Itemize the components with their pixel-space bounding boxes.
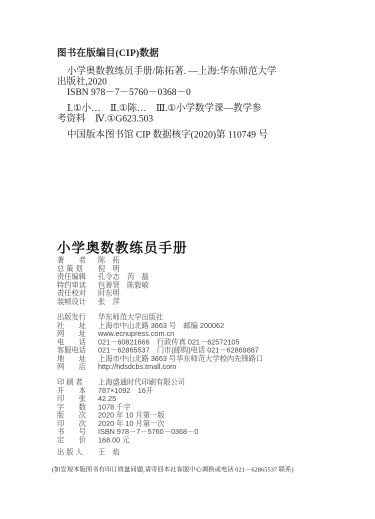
cip-class-line-1: Ⅰ.①小… Ⅱ.①陈… Ⅲ.①小学数学课—教学参 xyxy=(57,103,331,114)
credit-label: 责任编辑 xyxy=(57,273,98,281)
printing-label: 印 张 xyxy=(57,395,98,403)
credit-row: 著 者 陈 拓 xyxy=(57,257,149,265)
printing-value: 168.00 元 xyxy=(98,436,129,444)
printing-row: 印 次 2020 年 10 月第一次 xyxy=(57,420,198,428)
copyright-page: 图书在版编目(CIP)数据 小学奥数教练员手册/陈拓著. —上海:华东师范大学 … xyxy=(0,0,375,519)
printing-label: 书 号 xyxy=(57,428,98,436)
publishing-value: 上海市中山北路 3663 号 邮编 200062 xyxy=(98,322,224,330)
printing-label: 印 刷 者 xyxy=(57,379,98,387)
credit-value: 陈 拓 xyxy=(98,257,120,265)
publishing-value: 021－60821666 行政传真 021－62572105 xyxy=(98,338,239,346)
publishing-value: 华东师范大学出版社 xyxy=(98,314,163,322)
cip-section: 图书在版编目(CIP)数据 小学奥数教练员手册/陈拓著. —上海:华东师范大学 … xyxy=(57,48,331,140)
cip-class-line-2: 考资料 Ⅳ.①G623.503 xyxy=(57,114,331,125)
publishing-label: 社 址 xyxy=(57,322,98,330)
credit-value: 张 萍 xyxy=(98,298,120,306)
printing-label: 版 次 xyxy=(57,412,98,420)
publishing-label: 网 店 xyxy=(57,363,98,371)
credit-value: 倪 明 xyxy=(98,265,120,273)
publishing-value: www.ecnupress.com.cn xyxy=(98,330,174,338)
printing-section: 印 刷 者 上海盛通时代印刷有限公司 开 本 787×1092 16开 印 张 … xyxy=(57,379,198,445)
publishing-row: 电 话 021－60821666 行政传真 021－62572105 xyxy=(57,338,263,346)
printing-row: 印 刷 者 上海盛通时代印刷有限公司 xyxy=(57,379,198,387)
credit-value: 孔令志 芮 磊 xyxy=(98,273,149,281)
publishing-row: 社 址 上海市中山北路 3663 号 邮编 200062 xyxy=(57,322,263,330)
publisher-section: 出 版 人 王 焰 xyxy=(57,449,120,457)
credit-row: 特约审读 包善贤 陈毅敏 xyxy=(57,281,149,289)
credit-label: 总 策 划 xyxy=(57,265,98,273)
credit-value: 包善贤 陈毅敏 xyxy=(98,281,149,289)
credit-value: 时东明 xyxy=(98,290,120,298)
credit-label: 著 者 xyxy=(57,257,98,265)
cip-title-line-1: 小学奥数教练员手册/陈拓著. —上海:华东师范大学 xyxy=(57,66,331,77)
publishing-row: 客服电话 021－62865537 门市(邮购)电话 021－62869887 xyxy=(57,347,263,355)
publishing-row: 地 址 上海市中山北路 3663 号华东师范大学校内先锋路口 xyxy=(57,355,263,363)
printing-row: 字 数 1078 千字 xyxy=(57,403,198,411)
printing-value: 上海盛通时代印刷有限公司 xyxy=(98,379,185,387)
printing-row: 书 号 ISBN 978－7－5760－0368－0 xyxy=(57,428,198,436)
publishing-label: 电 话 xyxy=(57,338,98,346)
cip-header: 图书在版编目(CIP)数据 xyxy=(57,48,331,59)
publisher-value: 王 焰 xyxy=(98,449,120,457)
publishing-label: 网 址 xyxy=(57,330,98,338)
quality-notice: (如发现本版图书有印订质量问题,请寄回本社客服中心调换或电话 021－62865… xyxy=(52,465,294,474)
printing-row: 印 张 42.25 xyxy=(57,395,198,403)
printing-value: 787×1092 16开 xyxy=(98,387,153,395)
publishing-label: 客服电话 xyxy=(57,347,98,355)
credit-row: 总 策 划 倪 明 xyxy=(57,265,149,273)
printing-row: 开 本 787×1092 16开 xyxy=(57,387,198,395)
publishing-label: 出版发行 xyxy=(57,314,98,322)
credit-label: 特约审读 xyxy=(57,281,98,289)
credit-label: 装帧设计 xyxy=(57,298,98,306)
publishing-label: 地 址 xyxy=(57,355,98,363)
credit-row: 装帧设计 张 萍 xyxy=(57,298,149,306)
cip-isbn-line: ISBN 978－7－5760－0368－0 xyxy=(57,87,331,98)
credit-label: 责任校对 xyxy=(57,290,98,298)
cip-record-line: 中国版本图书馆 CIP 数据核字(2020)第 110749 号 xyxy=(57,130,331,141)
credit-row: 责任校对 时东明 xyxy=(57,290,149,298)
printing-value: 2020 年 10 月第一版 xyxy=(98,412,164,420)
printing-label: 字 数 xyxy=(57,403,98,411)
publishing-section: 出版发行 华东师范大学出版社 社 址 上海市中山北路 3663 号 邮编 200… xyxy=(57,314,263,372)
printing-label: 开 本 xyxy=(57,387,98,395)
printing-label: 印 次 xyxy=(57,420,98,428)
printing-value: 2020 年 10 月第一次 xyxy=(98,420,164,428)
printing-value: ISBN 978－7－5760－0368－0 xyxy=(98,428,198,436)
publishing-row: 出版发行 华东师范大学出版社 xyxy=(57,314,263,322)
credits-section: 著 者 陈 拓 总 策 划 倪 明 责任编辑 孔令志 芮 磊 特约审读 包善贤 … xyxy=(57,257,149,307)
printing-value: 1078 千字 xyxy=(98,403,131,411)
credit-row: 责任编辑 孔令志 芮 磊 xyxy=(57,273,149,281)
publishing-value: 上海市中山北路 3663 号华东师范大学校内先锋路口 xyxy=(98,355,263,363)
publishing-row: 网 址 www.ecnupress.com.cn xyxy=(57,330,263,338)
cip-title-line-2: 出版社,2020 xyxy=(57,77,331,88)
publishing-row: 网 店 http://hdsdcbs.tmall.com xyxy=(57,363,263,371)
printing-row: 版 次 2020 年 10 月第一版 xyxy=(57,412,198,420)
publisher-row: 出 版 人 王 焰 xyxy=(57,449,120,457)
printing-row: 定 价 168.00 元 xyxy=(57,436,198,444)
publishing-value: http://hdsdcbs.tmall.com xyxy=(98,363,176,371)
publishing-value: 021－62865537 门市(邮购)电话 021－62869887 xyxy=(98,347,259,355)
publisher-label: 出 版 人 xyxy=(57,449,98,457)
printing-value: 42.25 xyxy=(98,395,116,403)
book-title: 小学奥数教练员手册 xyxy=(57,237,188,257)
printing-label: 定 价 xyxy=(57,436,98,444)
